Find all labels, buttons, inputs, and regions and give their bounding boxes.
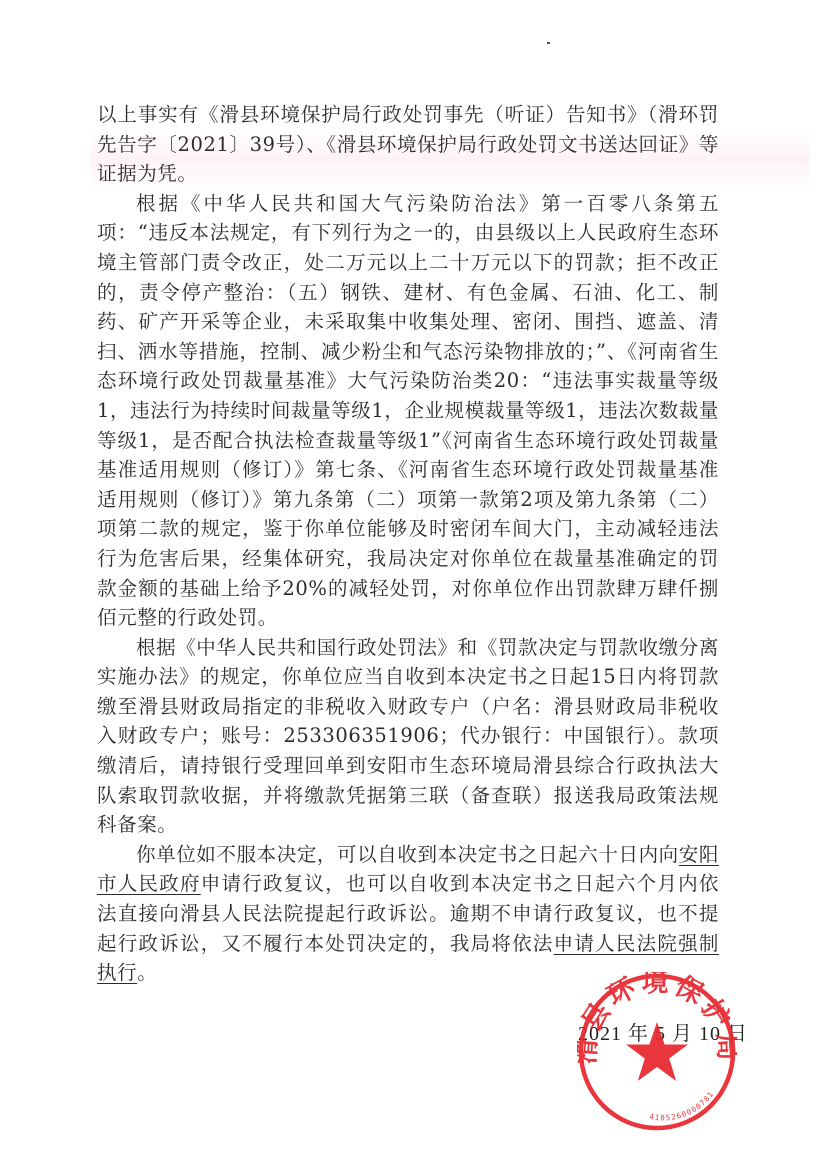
document-body: 以上事实有《滑县环境保护局行政处罚事先（听证）告知书》（滑环罚先告字〔2021〕… [97, 100, 719, 988]
paragraph-evidence: 以上事实有《滑县环境保护局行政处罚事先（听证）告知书》（滑环罚先告字〔2021〕… [97, 100, 719, 189]
scan-speck [547, 42, 550, 44]
official-seal: 滑县环境保护局 4105260000781 [577, 972, 737, 1132]
paragraph-text: 根据《中华人民共和国大气污染防治法》第一百零八条第五项：“违反本法规定，有下列行… [97, 192, 719, 629]
paragraph-payment: 根据《中华人民共和国行政处罚法》和《罚款决定与罚款收缴分离实施办法》的规定，你单… [97, 633, 719, 840]
svg-text:4105260000781: 4105260000781 [649, 1089, 716, 1122]
document-page: 以上事实有《滑县环境保护局行政处罚事先（听证）告知书》（滑环罚先告字〔2021〕… [0, 0, 829, 1173]
star-icon [626, 1022, 688, 1081]
paragraph-text: 根据《中华人民共和国行政处罚法》和《罚款决定与罚款收缴分离实施办法》的规定，你单… [97, 636, 719, 837]
paragraph-text: 。 [137, 961, 157, 984]
paragraph-text: 你单位如不服本决定，可以自收到本决定书之日起六十日内向 [136, 843, 679, 866]
seal-code: 4105260000781 [649, 1089, 716, 1122]
paragraph-appeal: 你单位如不服本决定，可以自收到本决定书之日起六十日内向安阳市人民政府申请行政复议… [97, 840, 719, 988]
paragraph-legal-basis: 根据《中华人民共和国大气污染防治法》第一百零八条第五项：“违反本法规定，有下列行… [97, 189, 719, 633]
paragraph-text: 以上事实有《滑县环境保护局行政处罚事先（听证）告知书》（滑环罚先告字〔2021〕… [97, 103, 719, 185]
